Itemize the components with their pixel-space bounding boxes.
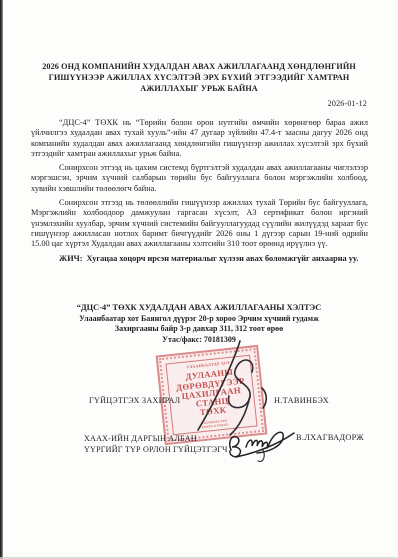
paragraph-3: Сонирхсон этгээд нь төлөөллийн гишүүнээр… (31, 198, 368, 249)
paragraph-1: “ДЦС-4” ТӨХК нь “Төрийн болон орон нутги… (31, 118, 368, 159)
signer2-name: В.ЛХАГВАДОРЖ (296, 433, 364, 442)
stamp-inner-frame: УЛААНБААТАР ХОТ ДУЛААНЫ ДӨРӨВДҮГЭЭР ЦАХИ… (165, 355, 257, 435)
document-date: 2026-01-12 (328, 99, 367, 108)
signer1-role: ГҮЙЦЭТГЭХ ЗАХИРАЛ (89, 396, 180, 405)
note-text: Хугацаа хоцорч ирсэн материалыг хүлээн а… (87, 254, 359, 263)
stamp-bottom-text: ХХХХХХХХ ХХХ ХХХХХ А ХХХХХ (201, 418, 229, 429)
company-seal-stamp: УЛААНБААТАР ХОТ ДУЛААНЫ ДӨРӨВДҮГЭЭР ЦАХИ… (156, 345, 268, 445)
scan-edge-left (0, 0, 3, 559)
document-title: 2026 ОНД КОМПАНИЙН ХУДАЛДАН АВАХ АЖИЛЛАГ… (34, 62, 364, 94)
note-label: ЖИЧ: (59, 254, 83, 263)
scanned-letter-page: 2026 ОНД КОМПАНИЙН ХУДАЛДАН АВАХ АЖИЛЛАГ… (0, 0, 398, 559)
stamp-line-5: ТӨХК (200, 406, 227, 418)
org-phone: Утас/факс: 70181309 (0, 335, 398, 346)
stamp-center-text: ДУЛААНЫ ДӨРӨВДҮГЭЭР ЦАХИЛГААН СТАНЦ ТӨХК (174, 364, 248, 424)
document-body: “ДЦС-4” ТӨХК нь “Төрийн болон орон нутги… (31, 118, 368, 268)
organization-block: “ДЦС-4” ТӨХК ХУДАЛДАН АВАХ АЖИЛЛАГААНЫ Х… (0, 303, 398, 345)
org-department: “ДЦС-4” ТӨХК ХУДАЛДАН АВАХ АЖИЛЛАГААНЫ Х… (0, 303, 398, 314)
note-line: ЖИЧ:Хугацаа хоцорч ирсэн материалыг хүлэ… (31, 254, 368, 264)
signer2-role: ХААХ-ИЙН ДАРГЫН АЛБАН ҮҮРГИЙГ ТҮР ОРЛОН … (84, 433, 228, 455)
org-address-line1: Улаанбаатар хот Баянгол дүүрэг 20-р хоро… (0, 314, 398, 325)
signer1-name: Н.ТАВИНБЭХ (274, 396, 329, 405)
org-address-line2: Захиргааны байр 3-р давхар 311, 312 тоот… (0, 324, 398, 335)
paragraph-2: Сонирхсон этгээд нь цахим системд бүртгэ… (31, 163, 368, 194)
